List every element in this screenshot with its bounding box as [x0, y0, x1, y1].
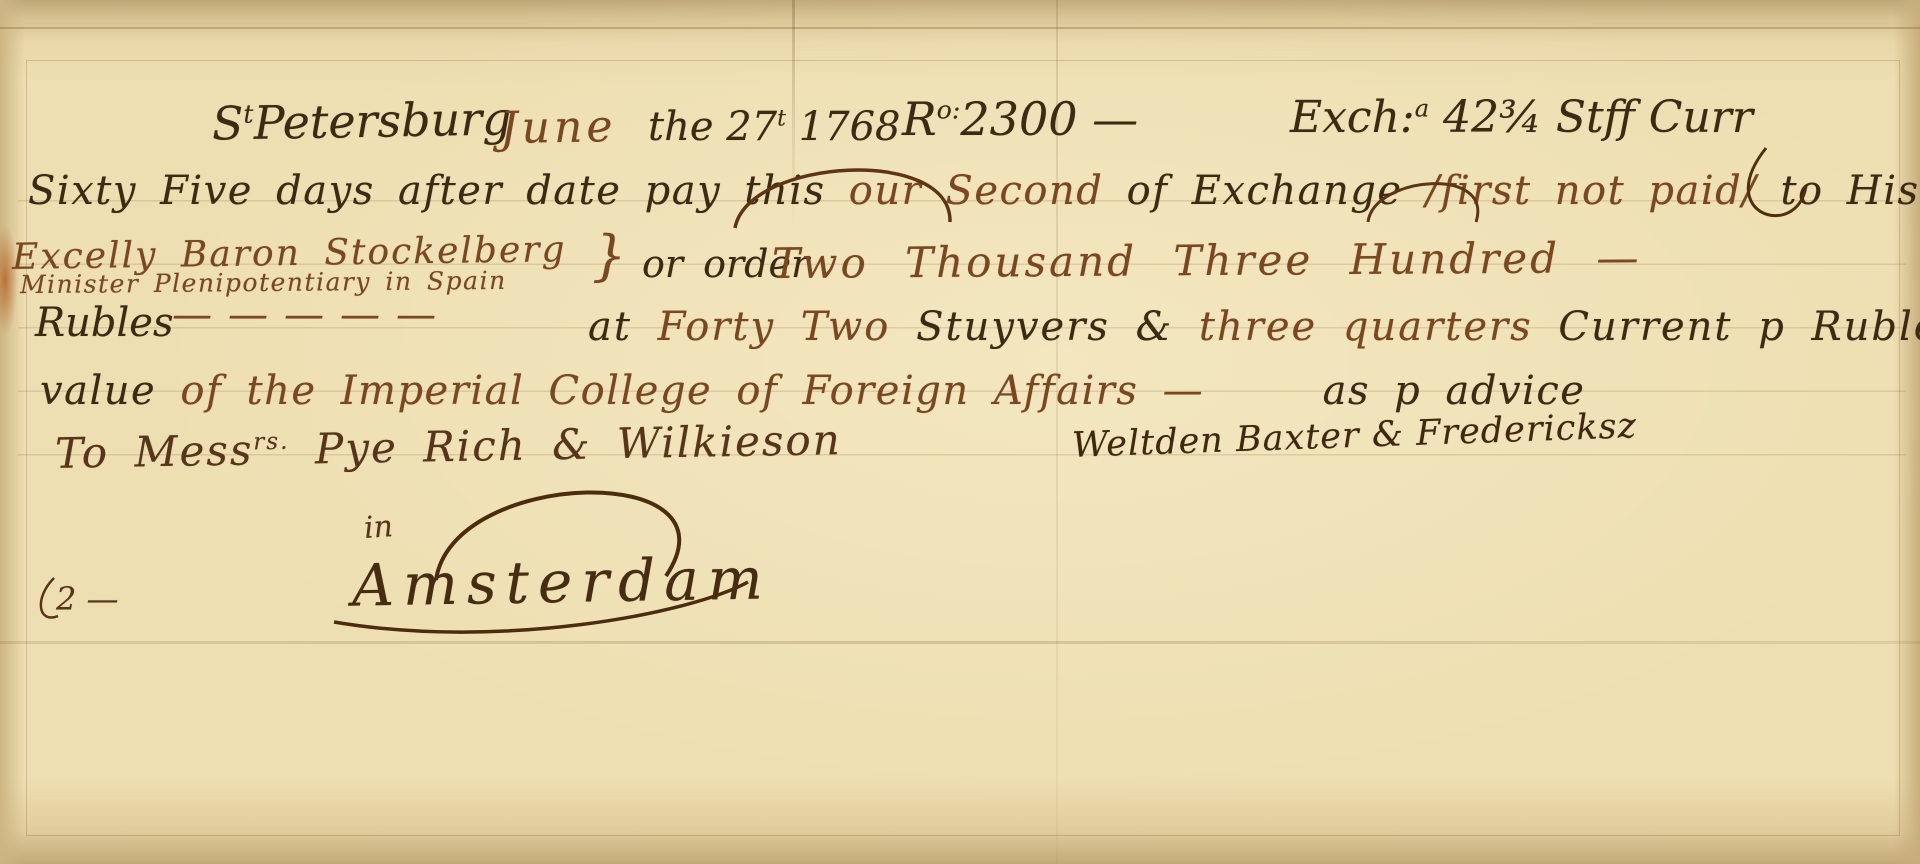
exchange-number-mark: 2 —: [56, 580, 119, 618]
term-clause: Sixty Five days after date pay this: [28, 168, 826, 214]
exchange-unit: Stff Curr: [1556, 92, 1753, 143]
in-word: in: [363, 509, 394, 546]
of-exchange: of Exchange: [1127, 168, 1403, 214]
exchange-abbr-superscript: a: [1415, 94, 1429, 122]
dateline-month: June: [500, 101, 617, 154]
drawee-name: Pye Rich & Wilkieson: [315, 415, 843, 473]
rate-in-words: Forty Two: [658, 304, 891, 350]
value-clause-line: value of the Imperial College of Foreign…: [40, 368, 1585, 414]
exchange-abbr: Exch:: [1290, 92, 1415, 143]
date-the: the: [648, 104, 714, 150]
paper-fold-top: [0, 27, 1920, 29]
dateline-place: StPetersburg: [212, 91, 513, 150]
as-per-advice: as p advice: [1323, 368, 1586, 414]
first-not-paid-clause: /first not paid/: [1426, 168, 1757, 214]
payment-clause-line: Sixty Five days after date pay this our …: [28, 168, 1920, 214]
stuyvers-word: Stuyvers &: [916, 304, 1173, 350]
payee-brace: }: [592, 224, 626, 287]
value-dash: —: [1163, 368, 1205, 414]
current-per-ruble: Current p Ruble: [1558, 304, 1920, 350]
date-year: 1768: [799, 104, 901, 150]
amount-figures: 2300: [960, 92, 1077, 146]
at-word: at: [588, 304, 632, 350]
copy-clause: our Second: [849, 168, 1104, 214]
date-day-superscript: t: [777, 107, 786, 132]
ruble-abbr: R: [902, 92, 937, 146]
rubles-dash-flourish: —————: [172, 292, 452, 338]
ruble-abbr-superscript: o:: [937, 96, 961, 125]
amount-figures-field: Ro:2300 —: [902, 92, 1138, 146]
exchange-rate: 42¾: [1443, 92, 1542, 143]
drawee-line: To Messrs. Pye Rich & Wilkieson: [55, 415, 843, 478]
value-received-clause: of the Imperial College of Foreign Affai…: [180, 368, 1138, 414]
to-his: to His: [1780, 168, 1919, 214]
rate-clause-line: at Forty Two Stuyvers & three quarters C…: [588, 304, 1920, 350]
place-superscript: t: [243, 100, 254, 129]
place-name: Petersburg: [253, 91, 512, 149]
paper-crease-horizontal: [0, 641, 1920, 644]
value-word: value: [40, 368, 156, 414]
rubles-word: Rubles: [35, 300, 173, 346]
dateline-date: the 27t 1768: [648, 104, 901, 150]
three-quarters: three quarters: [1199, 304, 1533, 350]
amount-in-words: Two Thousand Three Hundred —: [772, 233, 1642, 288]
date-day: 27: [726, 104, 777, 150]
drawer-signature: Weltden Baxter & Fredericksz: [1071, 406, 1637, 466]
messrs-superscript: rs.: [253, 429, 290, 456]
bill-of-exchange-document: StPetersburg June the 27t 1768 Ro:2300 —…: [0, 0, 1920, 864]
to-prefix: To Mess: [55, 425, 254, 477]
exchange-rate-field: Exch:a 42¾ Stff Curr: [1290, 92, 1753, 143]
place-prefix: S: [212, 96, 244, 151]
drawee-city: Amsterdam: [351, 544, 772, 619]
amount-dash: —: [1092, 92, 1138, 146]
